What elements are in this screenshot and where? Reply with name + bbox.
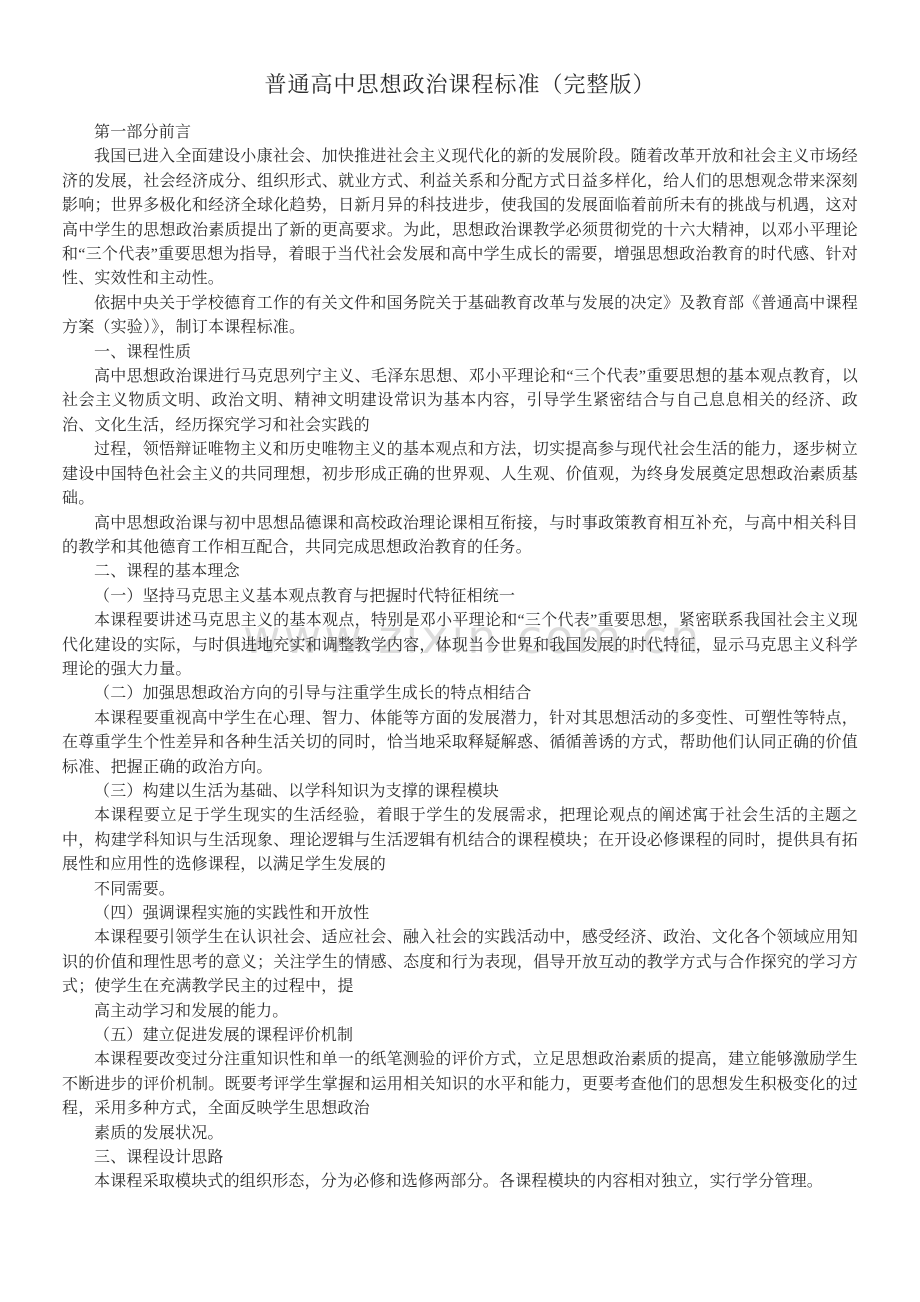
body-paragraph: 本课程要引领学生在认识社会、适应社会、融入社会的实践活动中，感受经济、政治、文化… — [62, 926, 858, 999]
section-3-heading: 三、课程设计思路 — [62, 1146, 858, 1170]
subsection-5-heading: （五）建立促进发展的课程评价机制 — [62, 1024, 858, 1048]
subsection-4-heading: （四）强调课程实施的实践性和开放性 — [62, 902, 858, 926]
body-paragraph: 高中思想政治课进行马克思列宁主义、毛泽东思想、邓小平理论和“三个代表”重要思想的… — [62, 365, 858, 438]
section-1-heading: 一、课程性质 — [62, 341, 858, 365]
document-page: www.zixin.com.cn 普通高中思想政治课程标准（完整版） 第一部分前… — [0, 0, 920, 1302]
body-paragraph: 依据中央关于学校德育工作的有关文件和国务院关于基础教育改革与发展的决定》及教育部… — [62, 292, 858, 341]
body-paragraph: 本课程要讲述马克思主义的基本观点，特别是邓小平理论和“三个代表”重要思想，紧密联… — [62, 609, 858, 682]
part1-heading: 第一部分前言 — [62, 121, 858, 145]
body-paragraph: 我国已进入全面建设小康社会、加快推进社会主义现代化的新的发展阶段。随着改革开放和… — [62, 145, 858, 291]
document-title: 普通高中思想政治课程标准（完整版） — [0, 0, 920, 99]
body-paragraph: 本课程要立足于学生现实的生活经验，着眼于学生的发展需求，把理论观点的阐述寓于社会… — [62, 804, 858, 877]
body-paragraph: 高主动学习和发展的能力。 — [62, 1000, 858, 1024]
body-paragraph: 本课程要重视高中学生在心理、智力、体能等方面的发展潜力，针对其思想活动的多变性、… — [62, 707, 858, 780]
subsection-3-heading: （三）构建以生活为基础、以学科知识为支撑的课程模块 — [62, 780, 858, 804]
body-paragraph: 本课程采取模块式的组织形态，分为必修和选修两部分。各课程模块的内容相对独立，实行… — [62, 1170, 858, 1194]
body-paragraph: 素质的发展状况。 — [62, 1122, 858, 1146]
subsection-1-heading: （一）坚持马克思主义基本观点教育与把握时代特征相统一 — [62, 585, 858, 609]
body-paragraph: 不同需要。 — [62, 878, 858, 902]
subsection-2-heading: （二）加强思想政治方向的引导与注重学生成长的特点相结合 — [62, 682, 858, 706]
document-body: 第一部分前言 我国已进入全面建设小康社会、加快推进社会主义现代化的新的发展阶段。… — [62, 121, 858, 1195]
body-paragraph: 本课程要改变过分注重知识性和单一的纸笔测验的评价方式，立足思想政治素质的提高，建… — [62, 1048, 858, 1121]
section-2-heading: 二、课程的基本理念 — [62, 560, 858, 584]
body-paragraph: 高中思想政治课与初中思想品德课和高校政治理论课相互衔接，与时事政策教育相互补充，… — [62, 512, 858, 561]
body-paragraph: 过程，领悟辩证唯物主义和历史唯物主义的基本观点和方法，切实提高参与现代社会生活的… — [62, 438, 858, 511]
